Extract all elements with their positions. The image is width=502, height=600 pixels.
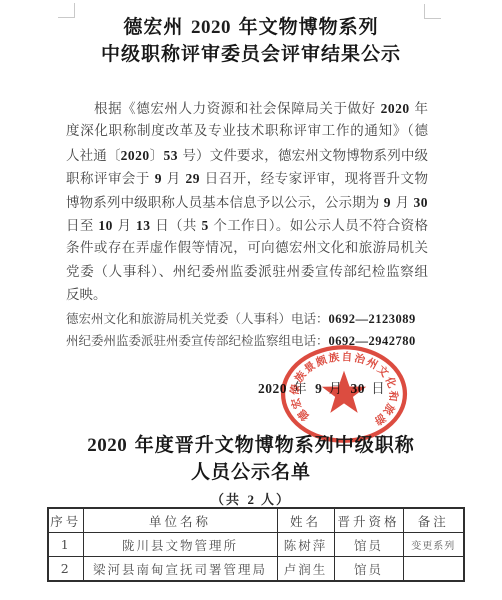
cell-unit: 陇川县文物管理所 bbox=[83, 533, 277, 557]
announcement-title-line-1: 德宏州 2020 年文物博物系列 bbox=[0, 14, 502, 41]
cell-remark: 变更系列 bbox=[403, 533, 464, 557]
body-line: 根据《德宏州人力资源和社会保障局关于做好 2020 年 bbox=[66, 97, 428, 120]
roster-count-note: （共 2 人） bbox=[0, 489, 502, 508]
cell-unit: 梁河县南甸宣抚司署管理局 bbox=[83, 557, 277, 582]
cell-remark bbox=[403, 557, 464, 582]
cell-name: 卢润生 bbox=[277, 557, 334, 582]
body-line: 职称评审会于 9 月 29 日召开，经专家评审，现将晋升文物 bbox=[66, 167, 428, 190]
announcement-title: 德宏州 2020 年文物博物系列 中级职称评审委员会评审结果公示 bbox=[0, 14, 502, 67]
header-unit: 单位名称 bbox=[83, 508, 277, 533]
body-line: 度深化职称制度改革及专业技术职称评审工作的通知》（德 bbox=[66, 120, 428, 143]
cell-promotion: 馆员 bbox=[334, 557, 403, 582]
roster-table: 序号 单位名称 姓名 晋升资格 备注 1 陇川县文物管理所 陈树萍 馆员 变更系… bbox=[47, 507, 465, 582]
body-line: 博物系列中级职称人员基本信息予以公示，公示期为 9 月 30 bbox=[66, 191, 428, 214]
cell-serial: 2 bbox=[48, 557, 83, 582]
body-line: 反映。 bbox=[66, 284, 428, 307]
header-name: 姓名 bbox=[277, 508, 334, 533]
table-row: 2 梁河县南甸宣抚司署管理局 卢润生 馆员 bbox=[48, 557, 464, 582]
body-line: 日至 10 月 13 日（共 5 个工作日）。如公示人员不符合资格 bbox=[66, 214, 428, 237]
cell-name: 陈树萍 bbox=[277, 533, 334, 557]
table-header-row: 序号 单位名称 姓名 晋升资格 备注 bbox=[48, 508, 464, 533]
table-row: 1 陇川县文物管理所 陈树萍 馆员 变更系列 bbox=[48, 533, 464, 557]
announcement-title-line-2: 中级职称评审委员会评审结果公示 bbox=[0, 41, 502, 67]
announcement-body: 根据《德宏州人力资源和社会保障局关于做好 2020 年 度深化职称制度改革及专业… bbox=[66, 97, 428, 353]
document-page: 德宏州 2020 年文物博物系列 中级职称评审委员会评审结果公示 根据《德宏州人… bbox=[0, 0, 502, 600]
body-line: 条件或存在弄虚作假等情况，可向德宏州文化和旅游局机关 bbox=[66, 237, 428, 260]
roster-title: 2020 年度晋升文物博物系列中级职称 人员公示名单 bbox=[0, 432, 502, 485]
roster-title-line-1: 2020 年度晋升文物博物系列中级职称 bbox=[0, 432, 502, 459]
cell-serial: 1 bbox=[48, 533, 83, 557]
announcement-date: 2020 年 9 月 30 日 bbox=[258, 377, 387, 397]
cell-promotion: 馆员 bbox=[334, 533, 403, 557]
roster-title-line-2: 人员公示名单 bbox=[0, 459, 502, 485]
header-promotion: 晋升资格 bbox=[334, 508, 403, 533]
body-line: 人社通〔2020〕53 号）文件要求，德宏州文物博物系列中级 bbox=[66, 144, 428, 167]
contact-phone-line-2: 州纪委州监委派驻州委宣传部纪检监察组电话：0692—2942780 bbox=[66, 330, 428, 353]
contact-phone-line-1: 德宏州文化和旅游局机关党委（人事科）电话：0692—2123089 bbox=[66, 308, 428, 331]
header-remark: 备注 bbox=[403, 508, 464, 533]
body-line: 党委（人事科）、州纪委州监委派驻州委宣传部纪检监察组 bbox=[66, 261, 428, 284]
header-serial: 序号 bbox=[48, 508, 83, 533]
